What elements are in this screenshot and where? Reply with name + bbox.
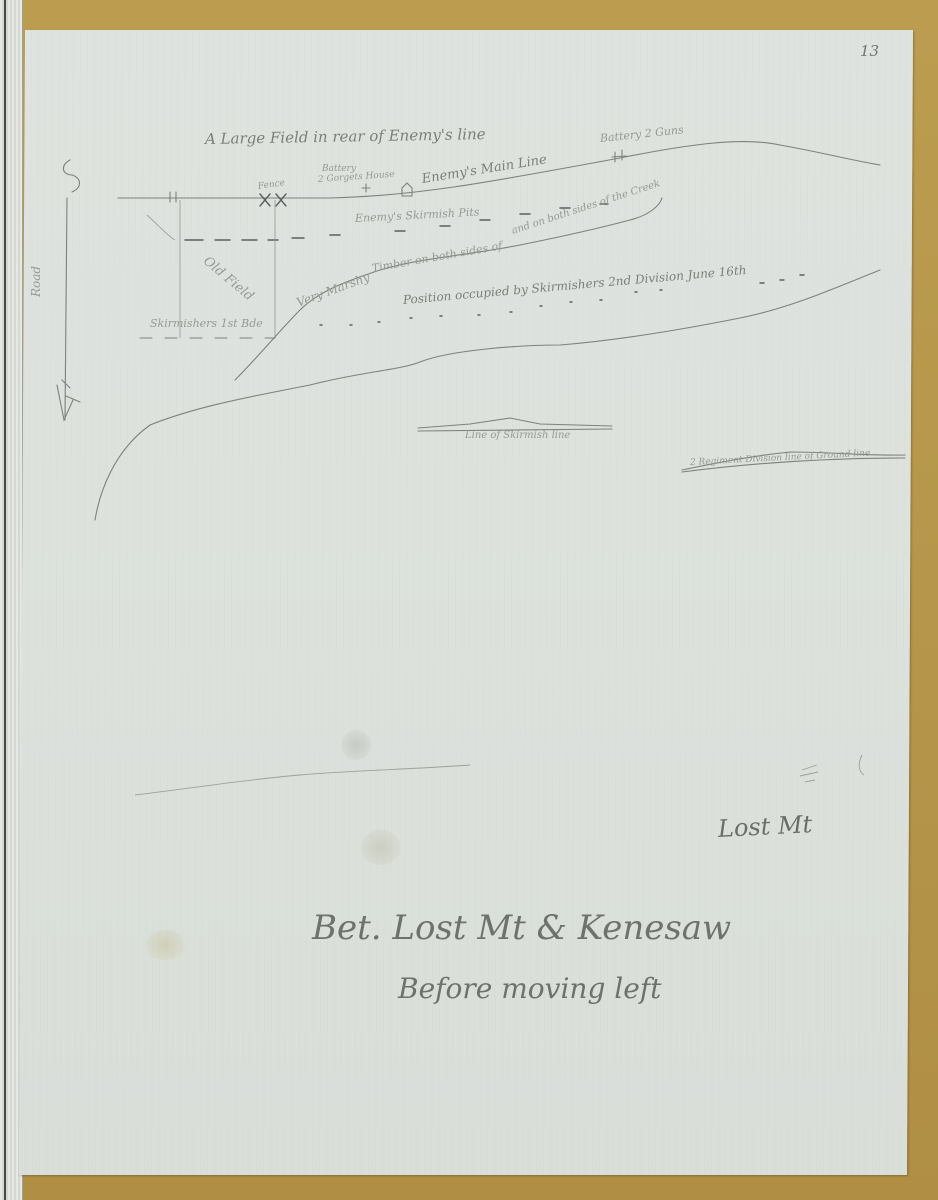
battery-marker-icon	[362, 184, 370, 192]
battery-marker-icon	[612, 150, 626, 162]
map-sketch	[0, 0, 938, 1200]
caption-line-2: Before moving left	[398, 972, 661, 1005]
fence-marker-icon	[260, 194, 286, 206]
label-line-of-skirmish: Line of Skirmish line	[465, 430, 570, 441]
label-skirmishers-left: Skirmishers 1st Bde	[150, 317, 263, 330]
caption-line-1: Bet. Lost Mt & Kenesaw	[312, 908, 731, 948]
label-lost-mt: Lost Mt	[717, 810, 813, 843]
house-icon	[402, 183, 412, 196]
compass-arrow-icon	[57, 160, 80, 420]
label-road: Road	[29, 266, 43, 297]
